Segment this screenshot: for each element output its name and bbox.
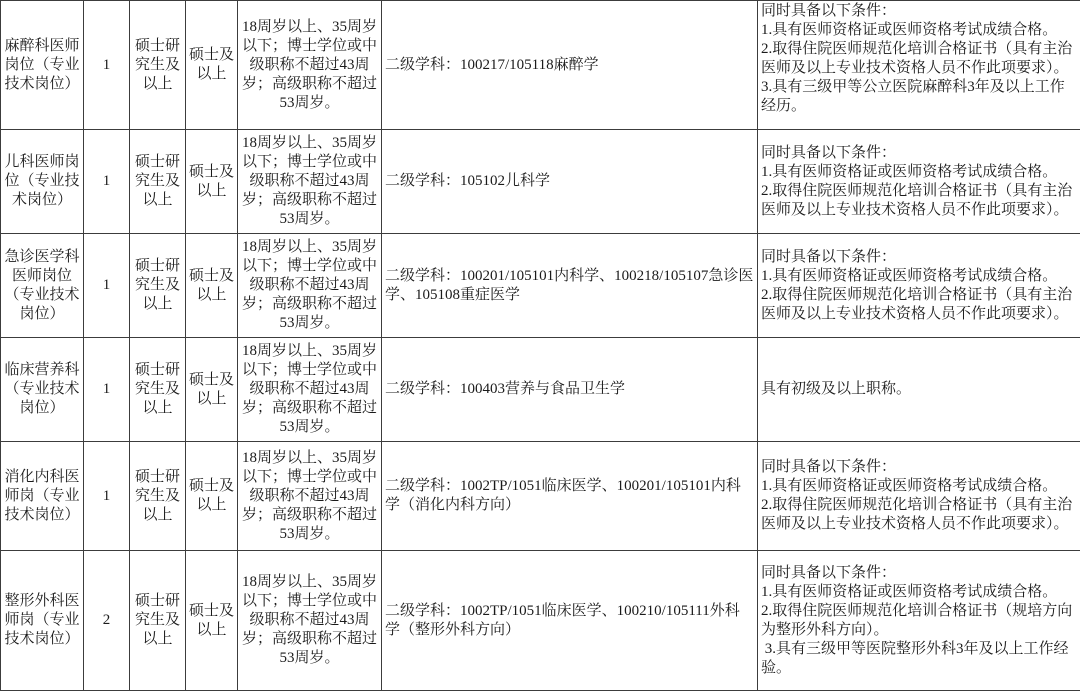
requirements-block: 同时具备以下条件：1.具有医师资格证或医师资格考试成绩合格。2.取得住院医师规范… — [761, 2, 1077, 128]
cell-count: 1 — [84, 130, 130, 234]
cell-degree: 硕士及以上 — [186, 338, 238, 442]
cell-age: 18周岁以上、35周岁以下；博士学位或中级职称不超过43周岁；高级职称不超过53… — [238, 338, 382, 442]
requirement-line: 2.取得住院医师规范化培训合格证书（具有主治医师及以上专业技术资格人员不作此项要… — [761, 286, 1077, 324]
requirement-line: 1.具有医师资格证或医师资格考试成绩合格。 — [761, 583, 1077, 602]
degree-text: 硕士及以上 — [189, 371, 234, 409]
cell-education: 硕士研究生及以上 — [130, 442, 186, 551]
table-row: 消化内科医师岗（专业技术岗位） 1 硕士研究生及以上 硕士及以上 18周岁以上、… — [1, 442, 1080, 551]
age-text: 18周岁以上、35周岁以下；博士学位或中级职称不超过43周岁；高级职称不超过53… — [241, 342, 378, 437]
age-text: 18周岁以上、35周岁以下；博士学位或中级职称不超过43周岁；高级职称不超过53… — [241, 573, 378, 668]
degree-text: 硕士及以上 — [189, 602, 234, 640]
requirement-line: 2.取得住院医师规范化培训合格证书（规培方向为整形外科方向）。 — [761, 602, 1077, 640]
position-text: 麻醉科医师岗位（专业技术岗位） — [4, 37, 80, 94]
cell-count: 1 — [84, 234, 130, 338]
cell-requirements: 同时具备以下条件：1.具有医师资格证或医师资格考试成绩合格。2.取得住院医师规范… — [758, 442, 1080, 551]
education-text: 硕士研究生及以上 — [133, 361, 182, 418]
cell-age: 18周岁以上、35周岁以下；博士学位或中级职称不超过43周岁；高级职称不超过53… — [238, 442, 382, 551]
age-text: 18周岁以上、35周岁以下；博士学位或中级职称不超过43周岁；高级职称不超过53… — [241, 134, 378, 229]
requirement-line: 3.具有三级甲等公立医院麻醉科3年及以上工作经历。 — [761, 78, 1077, 116]
position-text: 儿科医师岗位（专业技术岗位） — [4, 153, 80, 210]
major-text: 二级学科：1002TP/1051临床医学、100201/105101内科学（消化… — [385, 477, 754, 515]
requirement-line: 同时具备以下条件： — [761, 458, 1077, 477]
requirement-line: 1.具有医师资格证或医师资格考试成绩合格。 — [761, 163, 1077, 182]
requirement-line: 3.具有三级甲等医院整形外科3年及以上工作经验。 — [761, 640, 1077, 678]
cell-degree: 硕士及以上 — [186, 130, 238, 234]
cell-count: 1 — [84, 338, 130, 442]
age-text: 18周岁以上、35周岁以下；博士学位或中级职称不超过43周岁；高级职称不超过53… — [241, 449, 378, 544]
education-text: 硕士研究生及以上 — [133, 592, 182, 649]
education-text: 硕士研究生及以上 — [133, 257, 182, 314]
position-text: 整形外科医师岗（专业技术岗位） — [4, 592, 80, 649]
major-text: 二级学科：100403营养与食品卫生学 — [385, 380, 754, 399]
cell-age: 18周岁以上、35周岁以下；博士学位或中级职称不超过43周岁；高级职称不超过53… — [238, 130, 382, 234]
table-row: 急诊医学科医师岗位（专业技术岗位） 1 硕士研究生及以上 硕士及以上 18周岁以… — [1, 234, 1080, 338]
requirement-line: 同时具备以下条件： — [761, 564, 1077, 583]
age-text: 18周岁以上、35周岁以下；博士学位或中级职称不超过43周岁；高级职称不超过53… — [241, 18, 378, 113]
cell-education: 硕士研究生及以上 — [130, 1, 186, 130]
cell-position: 临床营养科（专业技术岗位） — [1, 338, 84, 442]
cell-position: 麻醉科医师岗位（专业技术岗位） — [1, 1, 84, 130]
cell-major: 二级学科：1002TP/1051临床医学、100210/105111外科学（整形… — [382, 551, 758, 691]
cell-requirements: 同时具备以下条件：1.具有医师资格证或医师资格考试成绩合格。2.取得住院医师规范… — [758, 130, 1080, 234]
education-text: 硕士研究生及以上 — [133, 37, 182, 94]
requirement-line: 2.取得住院医师规范化培训合格证书（具有主治医师及以上专业技术资格人员不作此项要… — [761, 182, 1077, 220]
table-row: 儿科医师岗位（专业技术岗位） 1 硕士研究生及以上 硕士及以上 18周岁以上、3… — [1, 130, 1080, 234]
cell-age: 18周岁以上、35周岁以下；博士学位或中级职称不超过43周岁；高级职称不超过53… — [238, 551, 382, 691]
cell-education: 硕士研究生及以上 — [130, 338, 186, 442]
cell-position: 儿科医师岗位（专业技术岗位） — [1, 130, 84, 234]
cell-degree: 硕士及以上 — [186, 551, 238, 691]
cell-major: 二级学科：100403营养与食品卫生学 — [382, 338, 758, 442]
cell-age: 18周岁以上、35周岁以下；博士学位或中级职称不超过43周岁；高级职称不超过53… — [238, 1, 382, 130]
cell-count: 1 — [84, 442, 130, 551]
cell-requirements: 具有初级及以上职称。 — [758, 338, 1080, 442]
cell-education: 硕士研究生及以上 — [130, 551, 186, 691]
requirement-line: 1.具有医师资格证或医师资格考试成绩合格。 — [761, 267, 1077, 286]
count-text: 1 — [87, 276, 126, 295]
requirement-line: 1.具有医师资格证或医师资格考试成绩合格。 — [761, 477, 1077, 496]
major-text: 二级学科：100201/105101内科学、100218/105107急诊医学、… — [385, 267, 754, 305]
cell-count: 1 — [84, 1, 130, 130]
cell-requirements: 同时具备以下条件：1.具有医师资格证或医师资格考试成绩合格。2.取得住院医师规范… — [758, 1, 1080, 130]
cell-major: 二级学科：105102儿科学 — [382, 130, 758, 234]
requirement-line: 同时具备以下条件： — [761, 144, 1077, 163]
cell-degree: 硕士及以上 — [186, 1, 238, 130]
age-text: 18周岁以上、35周岁以下；博士学位或中级职称不超过43周岁；高级职称不超过53… — [241, 238, 378, 333]
count-text: 2 — [87, 611, 126, 630]
cell-education: 硕士研究生及以上 — [130, 234, 186, 338]
cell-position: 急诊医学科医师岗位（专业技术岗位） — [1, 234, 84, 338]
requirements-block: 具有初级及以上职称。 — [761, 380, 1077, 399]
position-text: 临床营养科（专业技术岗位） — [4, 361, 80, 418]
cell-major: 二级学科：100217/105118麻醉学 — [382, 1, 758, 130]
table-row: 麻醉科医师岗位（专业技术岗位） 1 硕士研究生及以上 硕士及以上 18周岁以上、… — [1, 1, 1080, 130]
count-text: 1 — [87, 487, 126, 506]
cell-age: 18周岁以上、35周岁以下；博士学位或中级职称不超过43周岁；高级职称不超过53… — [238, 234, 382, 338]
degree-text: 硕士及以上 — [189, 46, 234, 84]
requirement-line: 2.取得住院医师规范化培训合格证书（具有主治医师及以上专业技术资格人员不作此项要… — [761, 496, 1077, 534]
cell-degree: 硕士及以上 — [186, 234, 238, 338]
cell-count: 2 — [84, 551, 130, 691]
cell-requirements: 同时具备以下条件：1.具有医师资格证或医师资格考试成绩合格。2.取得住院医师规范… — [758, 234, 1080, 338]
count-text: 1 — [87, 380, 126, 399]
requirements-block: 同时具备以下条件：1.具有医师资格证或医师资格考试成绩合格。2.取得住院医师规范… — [761, 564, 1077, 678]
cell-education: 硕士研究生及以上 — [130, 130, 186, 234]
recruitment-table: 麻醉科医师岗位（专业技术岗位） 1 硕士研究生及以上 硕士及以上 18周岁以上、… — [0, 0, 1080, 691]
requirement-line: 1.具有医师资格证或医师资格考试成绩合格。 — [761, 21, 1077, 40]
table-row: 整形外科医师岗（专业技术岗位） 2 硕士研究生及以上 硕士及以上 18周岁以上、… — [1, 551, 1080, 691]
requirement-line: 同时具备以下条件： — [761, 248, 1077, 267]
cell-major: 二级学科：1002TP/1051临床医学、100201/105101内科学（消化… — [382, 442, 758, 551]
cell-degree: 硕士及以上 — [186, 442, 238, 551]
degree-text: 硕士及以上 — [189, 477, 234, 515]
cell-position: 整形外科医师岗（专业技术岗位） — [1, 551, 84, 691]
count-text: 1 — [87, 172, 126, 191]
degree-text: 硕士及以上 — [189, 267, 234, 305]
position-text: 急诊医学科医师岗位（专业技术岗位） — [4, 248, 80, 324]
cell-major: 二级学科：100201/105101内科学、100218/105107急诊医学、… — [382, 234, 758, 338]
cell-requirements: 同时具备以下条件：1.具有医师资格证或医师资格考试成绩合格。2.取得住院医师规范… — [758, 551, 1080, 691]
education-text: 硕士研究生及以上 — [133, 153, 182, 210]
requirement-line: 同时具备以下条件： — [761, 2, 1077, 21]
position-text: 消化内科医师岗（专业技术岗位） — [4, 468, 80, 525]
table-row: 临床营养科（专业技术岗位） 1 硕士研究生及以上 硕士及以上 18周岁以上、35… — [1, 338, 1080, 442]
major-text: 二级学科：1002TP/1051临床医学、100210/105111外科学（整形… — [385, 602, 754, 640]
degree-text: 硕士及以上 — [189, 163, 234, 201]
major-text: 二级学科：105102儿科学 — [385, 172, 754, 191]
requirement-line: 2.取得住院医师规范化培训合格证书（具有主治医师及以上专业技术资格人员不作此项要… — [761, 40, 1077, 78]
count-text: 1 — [87, 56, 126, 75]
major-text: 二级学科：100217/105118麻醉学 — [385, 56, 754, 75]
requirement-line: 具有初级及以上职称。 — [761, 380, 1077, 399]
requirements-block: 同时具备以下条件：1.具有医师资格证或医师资格考试成绩合格。2.取得住院医师规范… — [761, 144, 1077, 220]
cell-position: 消化内科医师岗（专业技术岗位） — [1, 442, 84, 551]
education-text: 硕士研究生及以上 — [133, 468, 182, 525]
requirements-block: 同时具备以下条件：1.具有医师资格证或医师资格考试成绩合格。2.取得住院医师规范… — [761, 458, 1077, 534]
requirements-block: 同时具备以下条件：1.具有医师资格证或医师资格考试成绩合格。2.取得住院医师规范… — [761, 248, 1077, 324]
